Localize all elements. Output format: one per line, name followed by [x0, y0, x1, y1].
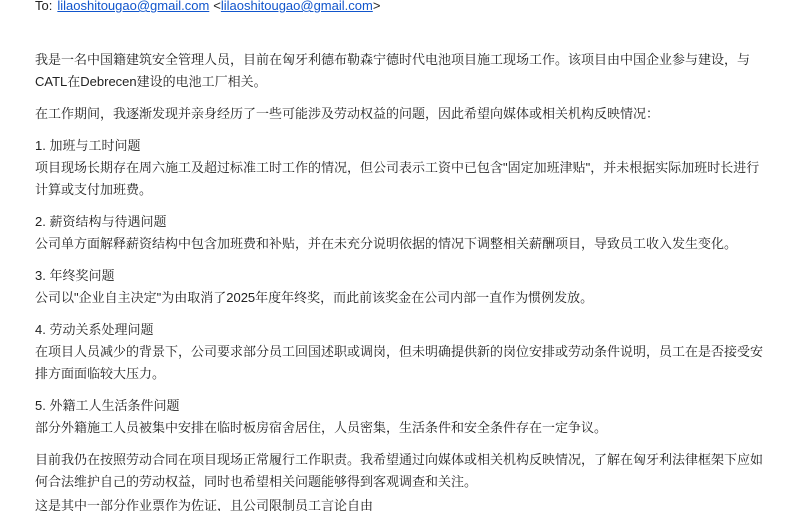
issue-section-5: 5. 外籍工人生活条件问题 部分外籍施工人员被集中安排在临时板房宿舍居住，人员密…	[35, 395, 772, 439]
recipient-email-link[interactable]: lilaoshitougao@gmail.com	[57, 0, 209, 13]
issue-section-1: 1. 加班与工时问题 项目现场长期存在周六施工及超过标准工时工作的情况，但公司表…	[35, 135, 772, 201]
issue-section-2: 2. 薪资结构与待遇问题 公司单方面解释薪资结构中包含加班费和补贴，并在未充分说…	[35, 211, 772, 255]
recipient-email-address-link[interactable]: lilaoshitougao@gmail.com	[221, 0, 373, 13]
issue-5-text: 部分外籍施工人员被集中安排在临时板房宿舍居住，人员密集，生活条件和安全条件存在一…	[35, 417, 772, 439]
closing-paragraph: 目前我仍在按照劳动合同在项目现场正常履行工作职责。我希望通过向媒体或相关机构反映…	[35, 449, 772, 493]
recipient-line: To:lilaoshitougao@gmail.com<lilaoshitoug…	[35, 0, 772, 17]
issue-1-text: 项目现场长期存在周六施工及超过标准工时工作的情况，但公司表示工资中已包含"固定加…	[35, 157, 772, 201]
evidence-note: 这是其中一部分作业票作为佐证，且公司限制员工言论自由	[35, 495, 772, 511]
angle-bracket-close: >	[373, 0, 381, 13]
issue-4-text: 在项目人员减少的背景下，公司要求部分员工回国述职或调岗，但未明确提供新的岗位安排…	[35, 341, 772, 385]
angle-bracket-open: <	[213, 0, 221, 13]
issue-4-title: 4. 劳动关系处理问题	[35, 319, 772, 341]
issue-section-3: 3. 年终奖问题 公司以"企业自主决定"为由取消了2025年度年终奖，而此前该奖…	[35, 265, 772, 309]
intro-paragraph-1: 我是一名中国籍建筑安全管理人员，目前在匈牙利德布勒森宁德时代电池项目施工现场工作…	[35, 49, 772, 93]
issue-5-title: 5. 外籍工人生活条件问题	[35, 395, 772, 417]
issue-3-text: 公司以"企业自主决定"为由取消了2025年度年终奖，而此前该奖金在公司内部一直作…	[35, 287, 772, 309]
issue-section-4: 4. 劳动关系处理问题 在项目人员减少的背景下，公司要求部分员工回国述职或调岗，…	[35, 319, 772, 385]
issue-3-title: 3. 年终奖问题	[35, 265, 772, 287]
issue-1-title: 1. 加班与工时问题	[35, 135, 772, 157]
intro-paragraph-2: 在工作期间，我逐渐发现并亲身经历了一些可能涉及劳动权益的问题，因此希望向媒体或相…	[35, 103, 772, 125]
email-message-view: To:lilaoshitougao@gmail.com<lilaoshitoug…	[0, 0, 800, 511]
to-label: To:	[35, 0, 52, 13]
issue-2-text: 公司单方面解释薪资结构中包含加班费和补贴，并在未充分说明依据的情况下调整相关薪酬…	[35, 233, 772, 255]
issue-2-title: 2. 薪资结构与待遇问题	[35, 211, 772, 233]
